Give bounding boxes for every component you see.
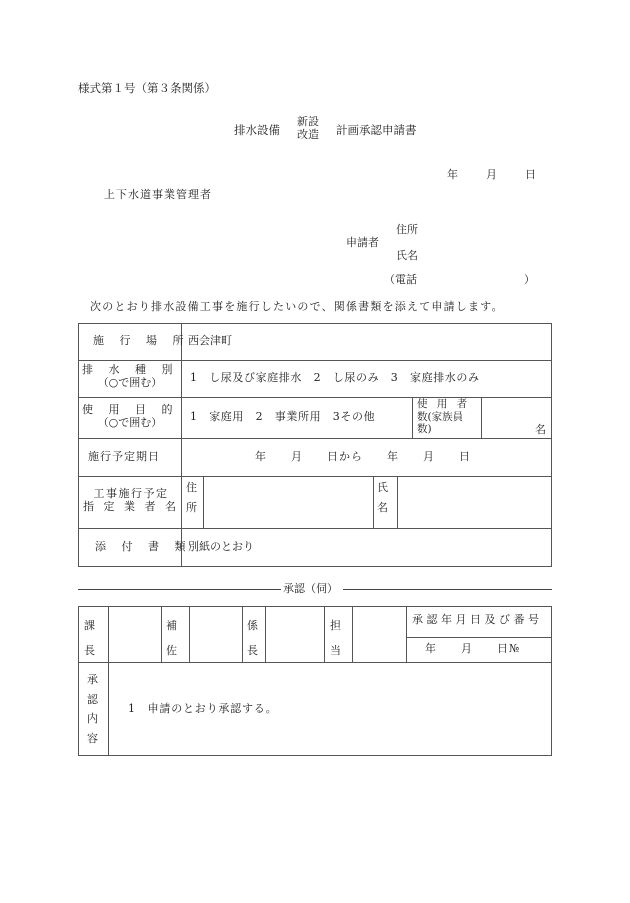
date-day: 日: [525, 166, 536, 182]
date-month: 月: [486, 166, 497, 182]
approval-divider-line-right: [343, 589, 552, 590]
addressee: 上下水道事業管理者: [104, 186, 212, 202]
contractor-name-label: 氏 名: [377, 482, 388, 514]
contractor-label: 工事施行予定 指 定 業 者 名: [82, 488, 180, 513]
contractor-address-label: 住 所: [186, 482, 197, 514]
contractor-name-input[interactable]: [400, 479, 548, 525]
role-assistant-seal[interactable]: [192, 609, 240, 660]
schedule-value[interactable]: 年 月 日から 年 月 日: [255, 451, 471, 464]
title-option-modify: 改造: [297, 128, 319, 141]
applicant-phone-close: ）: [524, 271, 535, 287]
intro-text: 次のとおり排水設備工事を施行したいので、関係書類を添えて申請します。: [90, 298, 504, 314]
role-staff-label: 担 当: [330, 613, 341, 663]
role-staff-seal[interactable]: [355, 609, 404, 660]
title-options: 新設 改造: [297, 115, 319, 141]
location-value[interactable]: 西会津町: [188, 335, 232, 348]
drainage-type-label: 排 水 種 別 （○で囲む）: [82, 364, 178, 389]
role-assistant-label: 補 佐: [166, 613, 177, 663]
applicant-phone-open: （電話: [384, 271, 417, 287]
user-count-input[interactable]: [486, 401, 536, 431]
approval-content-label: 承 認 内 容: [87, 670, 98, 748]
applicant-label: 申請者: [346, 234, 379, 250]
user-count-unit: 名: [535, 424, 546, 437]
location-label: 施 行 場 所: [93, 335, 190, 348]
role-section-chief-seal[interactable]: [111, 609, 159, 660]
approval-date-number-header: 承認年月日及び番号: [412, 614, 543, 627]
attachments-label: 添 付 書 類: [95, 541, 192, 554]
contractor-address-input[interactable]: [206, 479, 370, 525]
role-subsection-chief-label: 係 長: [247, 613, 258, 663]
usage-purpose-options[interactable]: 1 家庭用 2 事業所用 3その他: [190, 411, 375, 424]
approval-date-number-value[interactable]: 年 月 日№: [425, 643, 520, 656]
applicant-name-label: 氏名: [396, 247, 418, 263]
schedule-label: 施行予定期日: [88, 451, 160, 464]
user-count-label: 使 用 者 数(家族員 数): [417, 398, 470, 436]
approval-divider-line-left: [78, 589, 281, 590]
role-subsection-chief-seal[interactable]: [268, 609, 322, 660]
attachments-value[interactable]: 別紙のとおり: [188, 541, 254, 554]
applicant-address-label: 住所: [396, 221, 418, 237]
usage-purpose-label: 使 用 目 的 （○で囲む）: [82, 404, 178, 429]
role-section-chief-label: 課 長: [84, 613, 95, 663]
title-prefix: 排水設備: [234, 122, 280, 138]
title-suffix: 計画承認申請書: [336, 122, 417, 138]
approval-divider-label: 承認（伺）: [283, 580, 338, 596]
drainage-type-options[interactable]: 1 し尿及び家庭排水 2 し尿のみ 3 家庭排水のみ: [190, 372, 480, 385]
date-year: 年: [447, 166, 458, 182]
title-option-new: 新設: [297, 115, 319, 128]
form-number: 様式第１号（第３条関係）: [78, 80, 216, 96]
approval-content-value[interactable]: 1 申請のとおり承認する。: [128, 703, 277, 716]
